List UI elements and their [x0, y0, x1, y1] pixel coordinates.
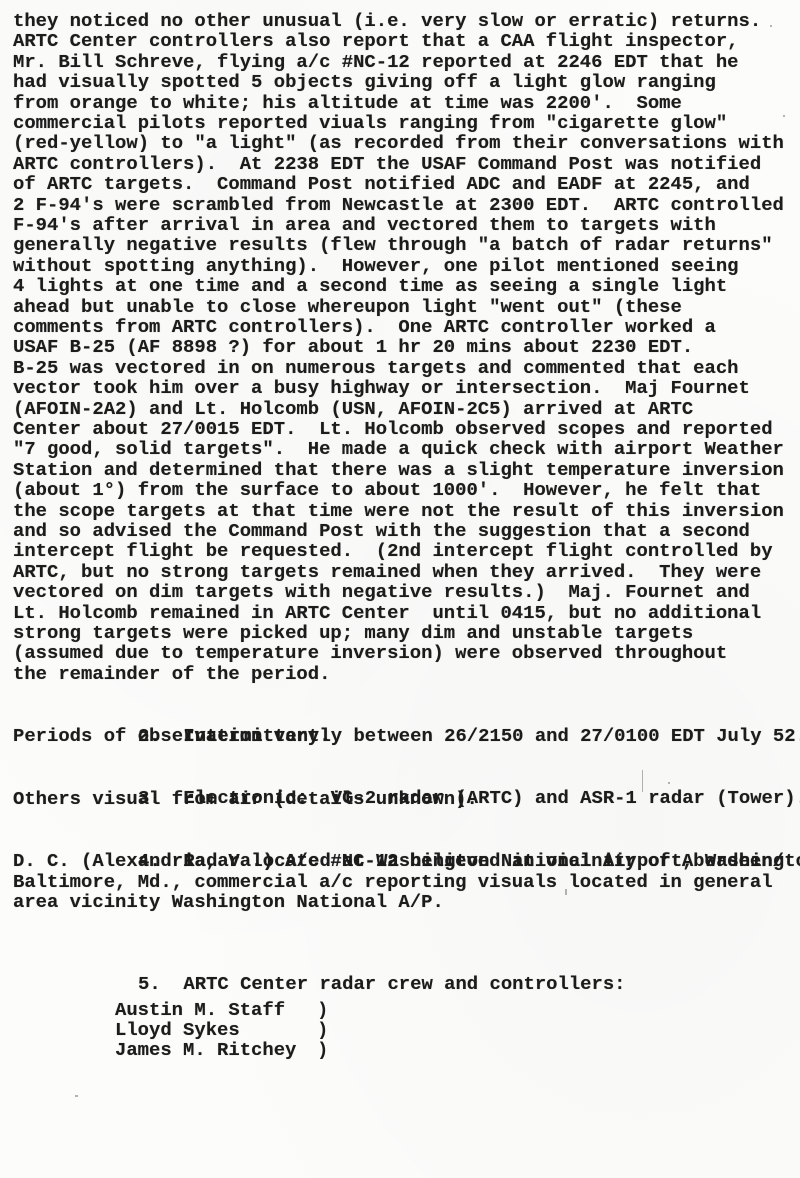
scan-artifact [783, 115, 785, 117]
body-line: (about 1°) from the surface to about 100… [13, 480, 761, 500]
scan-artifact [75, 1095, 78, 1097]
body-line: commercial pilots reported viuals rangin… [13, 113, 727, 133]
body-line: they noticed no other unusual (i.e. very… [13, 11, 761, 31]
body-line: Station and determined that there was a … [13, 460, 784, 480]
item-line: Periods of observation vary. [13, 726, 330, 746]
scan-artifact [770, 25, 772, 27]
body-line: comments from ARTC controllers). One ART… [13, 317, 716, 337]
body-line: F-94's after arrival in area and vectore… [13, 215, 716, 235]
item-line: area vicinity Washington National A/P. [13, 892, 444, 912]
body-line: vectored on dim targets with negative re… [13, 582, 750, 602]
item-line: D. C. (Alexandria, Va.) A/c #NC-12 belie… [13, 851, 784, 871]
item-line: Others visual from air (details unknown)… [13, 789, 478, 809]
brace-mark: ) [317, 1040, 328, 1060]
crew-name: Lloyd Sykes [115, 1020, 240, 1040]
body-line: (assumed due to temperature inversion) w… [13, 643, 727, 663]
body-line: strong targets were picked up; many dim … [13, 623, 693, 643]
body-line: without spotting anything). However, one… [13, 256, 739, 276]
body-line: vector took him over a busy highway or i… [13, 378, 750, 398]
body-line: "7 good, solid targets". He made a quick… [13, 439, 784, 459]
body-line: 4 lights at one time and a second time a… [13, 276, 727, 296]
body-line: (red-yellow) to "a light" (as recorded f… [13, 133, 784, 153]
item-number: 5. [138, 973, 161, 995]
brace-mark: ) [317, 1000, 328, 1020]
body-line: USAF B-25 (AF 8898 ?) for about 1 hr 20 … [13, 337, 693, 357]
item-line: Baltimore, Md., commercial a/c reporting… [13, 872, 773, 892]
body-line: had visually spotted 5 objects giving of… [13, 72, 716, 92]
body-line: the remainder of the period. [13, 664, 330, 684]
typewritten-document-page: they noticed no other unusual (i.e. very… [0, 0, 800, 1178]
body-line: the scope targets at that time were not … [13, 501, 784, 521]
body-line: and so advised the Command Post with the… [13, 521, 750, 541]
body-line: Center about 27/0015 EDT. Lt. Holcomb ob… [13, 419, 773, 439]
body-line: (AFOIN-2A2) and Lt. Holcomb (USN, AFOIN-… [13, 399, 693, 419]
body-line: of ARTC targets. Command Post notified A… [13, 174, 750, 194]
body-line: 2 F-94's were scrambled from Newcastle a… [13, 195, 784, 215]
body-line: ahead but unable to close whereupon ligh… [13, 297, 682, 317]
item-text: ARTC Center radar crew and controllers: [183, 973, 625, 995]
body-line: ARTC Center controllers also report that… [13, 31, 739, 51]
crew-name: Austin M. Staff [115, 1000, 285, 1020]
scan-artifact [668, 782, 670, 784]
scan-artifact [565, 889, 567, 895]
body-line: ARTC, but no strong targets remained whe… [13, 562, 761, 582]
body-line: from orange to white; his altitude at ti… [13, 93, 682, 113]
body-line: Mr. Bill Schreve, flying a/c #NC-12 repo… [13, 52, 739, 72]
body-line: B-25 was vectored in on numerous targets… [13, 358, 739, 378]
crew-name: James M. Ritchey [115, 1040, 296, 1060]
body-line: generally negative results (flew through… [13, 235, 773, 255]
body-line: Lt. Holcomb remained in ARTC Center unti… [13, 603, 761, 623]
scan-artifact [642, 770, 643, 792]
brace-mark: ) [317, 1020, 328, 1040]
body-line: ARTC controllers). At 2238 EDT the USAF … [13, 154, 761, 174]
body-line: intercept flight be requested. (2nd inte… [13, 541, 773, 561]
